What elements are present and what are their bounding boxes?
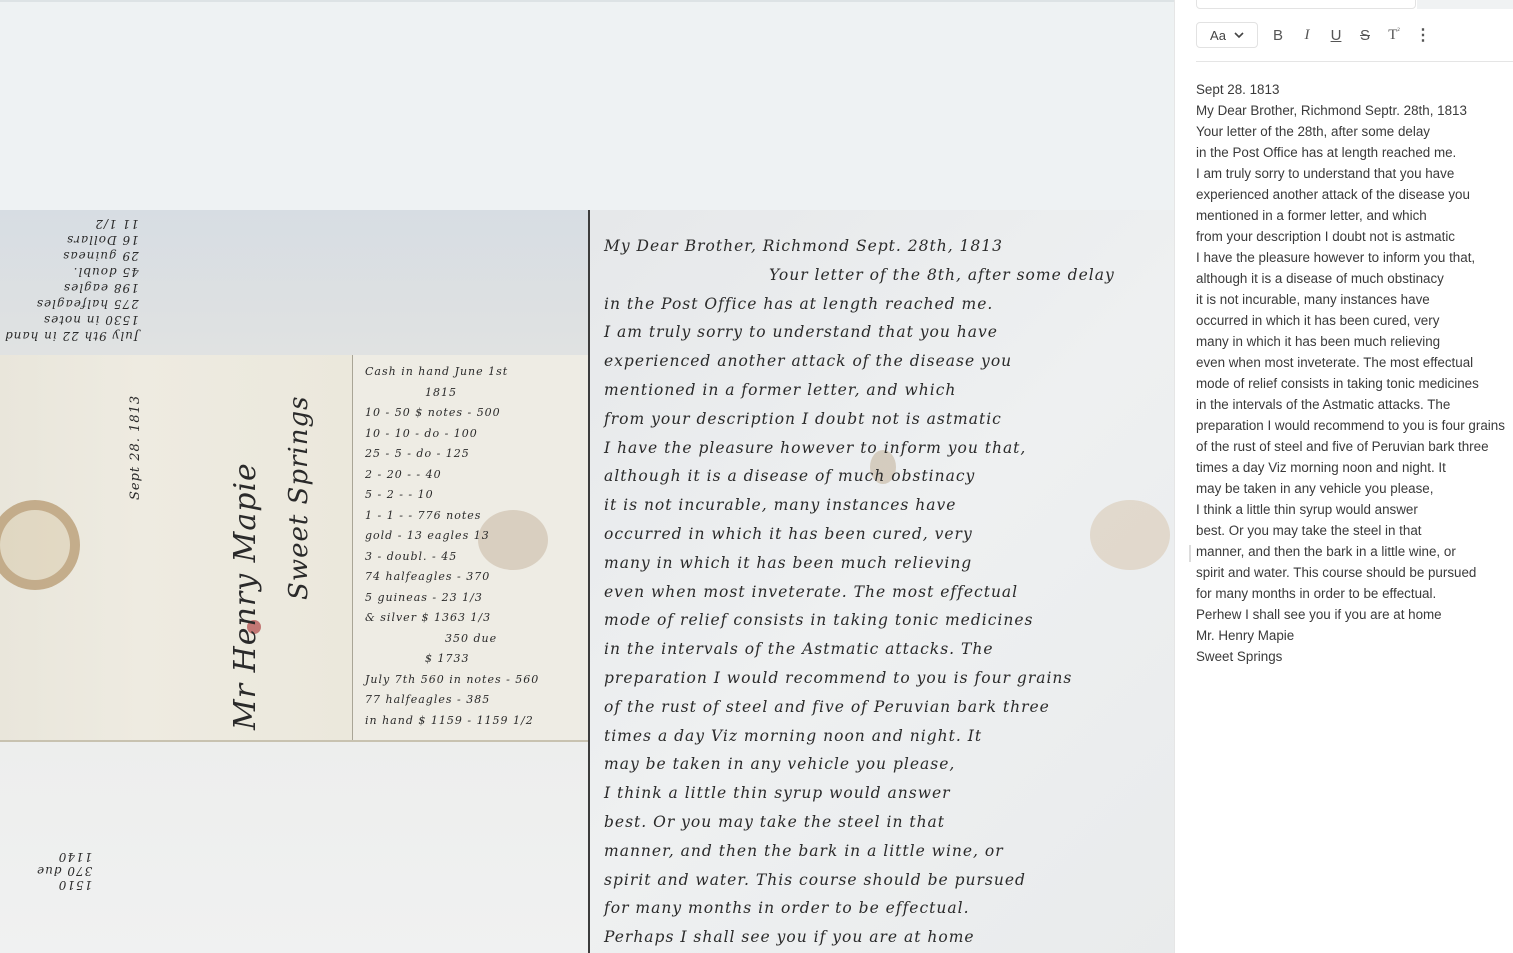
transcript-line: spirit and water. This course should be … — [1196, 562, 1513, 583]
superscript-button[interactable]: T² — [1384, 22, 1404, 48]
recipient-place: Sweet Springs — [284, 396, 314, 600]
transcript-line: I think a little thin syrup would answer — [1196, 499, 1513, 520]
ledger-text: Cash in hand June 1st 1815 10 - 50 $ not… — [365, 362, 539, 731]
letter-line: even when most inveterate. The most effe… — [604, 578, 1115, 607]
letter-line: may be taken in any vehicle you please, — [604, 750, 1115, 779]
ledger-line: 2 - 20 - - 40 — [365, 465, 539, 486]
note-line: 1510 — [36, 878, 92, 892]
letter-line: in the Post Office has at length reached… — [604, 290, 1115, 319]
letter-line: My Dear Brother, Richmond Sept. 28th, 18… — [604, 232, 1115, 261]
title-input[interactable] — [1196, 0, 1416, 9]
transcript-line: of the rust of steel and five of Peruvia… — [1196, 436, 1513, 457]
letter-bottom-fold — [0, 740, 588, 953]
note-line: 275 halfeagles — [4, 296, 139, 312]
chevron-down-icon — [1234, 32, 1244, 39]
strikethrough-button[interactable]: S — [1355, 22, 1375, 48]
bold-icon: B — [1273, 27, 1283, 44]
letter-line: it is not incurable, many instances have — [604, 491, 1115, 520]
letter-line: manner, and then the bark in a little wi… — [604, 837, 1115, 866]
letter-line: I am truly sorry to understand that you … — [604, 318, 1115, 347]
letter-line: mode of relief consists in taking tonic … — [604, 606, 1115, 635]
ledger-line: Cash in hand June 1st — [365, 362, 539, 383]
toolbar-divider — [1196, 61, 1513, 62]
ledger-line: 350 due — [365, 629, 539, 650]
note-line: 1530 in notes — [4, 312, 139, 328]
ledger-line: 25 - 5 - do - 125 — [365, 444, 539, 465]
ledger-line: $ 1733 — [365, 649, 539, 670]
ledger-line: 74 halfeagles - 370 — [365, 567, 539, 588]
transcript-line: I have the pleasure however to inform yo… — [1196, 247, 1513, 268]
note-line: 45 doubl. — [4, 264, 139, 280]
ledger-line: 5 - 2 - - 10 — [365, 485, 539, 506]
text-style-dropdown[interactable]: Aa — [1196, 22, 1258, 48]
superscript-letter: T — [1388, 27, 1397, 43]
ledger-line: gold - 13 eagles 13 — [365, 526, 539, 547]
letter-scan-image[interactable]: July 9th 22 in hand 1530 in notes 275 ha… — [0, 210, 1174, 953]
letter-line: Your letter of the 8th, after some delay — [604, 261, 1115, 290]
note-line: 11 1/2 — [4, 216, 139, 232]
transcript-line: Sept 28. 1813 — [1196, 79, 1513, 100]
transcript-line: manner, and then the bark in a little wi… — [1196, 541, 1513, 562]
transcript-line: many in which it has been much relieving — [1196, 331, 1513, 352]
recipient-name: Mr Henry Mapie — [228, 462, 263, 730]
transcript-line: experienced another attack of the diseas… — [1196, 184, 1513, 205]
upside-down-notes-top: July 9th 22 in hand 1530 in notes 275 ha… — [4, 216, 139, 344]
image-viewer[interactable]: July 9th 22 in hand 1530 in notes 275 ha… — [0, 0, 1174, 953]
letter-line: for many months in order to be effectual… — [604, 894, 1115, 923]
strikethrough-icon: S — [1360, 27, 1370, 44]
letter-line: best. Or you may take the steel in that — [604, 808, 1115, 837]
ledger-line: July 7th 560 in notes - 560 — [365, 670, 539, 691]
letter-body-handwriting: My Dear Brother, Richmond Sept. 28th, 18… — [604, 232, 1115, 952]
transcript-line: preparation I would recommend to you is … — [1196, 415, 1513, 436]
transcript-line: My Dear Brother, Richmond Septr. 28th, 1… — [1196, 100, 1513, 121]
transcript-line: in the intervals of the Astmatic attacks… — [1196, 394, 1513, 415]
note-line: 198 eagles — [4, 280, 139, 296]
transcript-line: times a day Viz morning noon and night. … — [1196, 457, 1513, 478]
text-style-icon: Aa — [1210, 28, 1226, 43]
transcript-line: Mr. Henry Mapie — [1196, 625, 1513, 646]
more-vertical-icon: ⋮ — [1415, 25, 1431, 45]
letter-line: I have the pleasure however to inform yo… — [604, 434, 1115, 463]
letter-line: Perhaps I shall see you if you are at ho… — [604, 923, 1115, 952]
letter-line: although it is a disease of much obstina… — [604, 462, 1115, 491]
transcript-line: best. Or you may take the steel in that — [1196, 520, 1513, 541]
transcript-line: Perhew I shall see you if you are at hom… — [1196, 604, 1513, 625]
letter-line: times a day Viz morning noon and night. … — [604, 722, 1115, 751]
ledger-line: 10 - 10 - do - 100 — [365, 424, 539, 445]
transcript-line: it is not incurable, many instances have — [1196, 289, 1513, 310]
note-line: 1140 — [36, 850, 92, 864]
transcript-line: from your description I doubt not is ast… — [1196, 226, 1513, 247]
letter-line: in the intervals of the Astmatic attacks… — [604, 635, 1115, 664]
transcript-line: for many months in order to be effectual… — [1196, 583, 1513, 604]
ledger-line: 1 - 1 - - 776 notes — [365, 506, 539, 527]
bold-button[interactable]: B — [1268, 22, 1288, 48]
more-options-button[interactable]: ⋮ — [1413, 22, 1433, 48]
superscript-icon: T² — [1388, 26, 1400, 44]
transcription-editor[interactable]: Sept 28. 1813 My Dear Brother, Richmond … — [1196, 79, 1513, 667]
note-line: 29 guineas — [4, 248, 139, 264]
ledger-line: in hand $ 1159 - 1159 1/2 — [365, 711, 539, 732]
letter-line: mentioned in a former letter, and which — [604, 376, 1115, 405]
note-line: 370 due — [36, 864, 92, 878]
note-line: July 9th 22 in hand — [4, 328, 139, 344]
transcript-line: occurred in which it has been cured, ver… — [1196, 310, 1513, 331]
transcription-panel: Aa B I U S T² ⋮ Sept 28. 1813 My Dear Br… — [1174, 0, 1513, 953]
underline-icon: U — [1331, 27, 1342, 44]
transcript-line: may be taken in any vehicle you please, — [1196, 478, 1513, 499]
letter-line: from your description I doubt not is ast… — [604, 405, 1115, 434]
letter-line: many in which it has been much relieving — [604, 549, 1115, 578]
transcript-line: I am truly sorry to understand that you … — [1196, 163, 1513, 184]
transcript-line: although it is a disease of much obstina… — [1196, 268, 1513, 289]
transcript-line: mentioned in a former letter, and which — [1196, 205, 1513, 226]
upside-down-notes-bottom: 1510 370 due 1140 — [36, 850, 92, 892]
top-bar-background — [1417, 0, 1513, 9]
underline-button[interactable]: U — [1326, 22, 1346, 48]
transcript-line: Your letter of the 28th, after some dela… — [1196, 121, 1513, 142]
ledger-line: 10 - 50 $ notes - 500 — [365, 403, 539, 424]
letter-line: preparation I would recommend to you is … — [604, 664, 1115, 693]
ledger-line: & silver $ 1363 1/3 — [365, 608, 539, 629]
superscript-mark: ² — [1397, 26, 1399, 35]
formatting-toolbar: Aa B I U S T² ⋮ — [1196, 21, 1513, 49]
letter-line: experienced another attack of the diseas… — [604, 347, 1115, 376]
transcript-line: Sweet Springs — [1196, 646, 1513, 667]
docket-date: Sept 28. 1813 — [128, 395, 143, 500]
transcript-line: in the Post Office has at length reached… — [1196, 142, 1513, 163]
transcript-line: mode of relief consists in taking tonic … — [1196, 373, 1513, 394]
text-cursor-marker — [1189, 545, 1191, 562]
ledger-line: 1815 — [365, 383, 539, 404]
italic-icon: I — [1305, 27, 1310, 44]
note-line: 16 Dollars — [4, 232, 139, 248]
letter-line: of the rust of steel and five of Peruvia… — [604, 693, 1115, 722]
letter-line: spirit and water. This course should be … — [604, 866, 1115, 895]
letter-line: occurred in which it has been cured, ver… — [604, 520, 1115, 549]
transcript-line: even when most inveterate. The most effe… — [1196, 352, 1513, 373]
italic-button[interactable]: I — [1297, 22, 1317, 48]
ledger-line: 3 - doubl. - 45 — [365, 547, 539, 568]
ledger-line: 77 halfeagles - 385 — [365, 690, 539, 711]
ledger-line: 5 guineas - 23 1/3 — [365, 588, 539, 609]
letter-line: I think a little thin syrup would answer — [604, 779, 1115, 808]
